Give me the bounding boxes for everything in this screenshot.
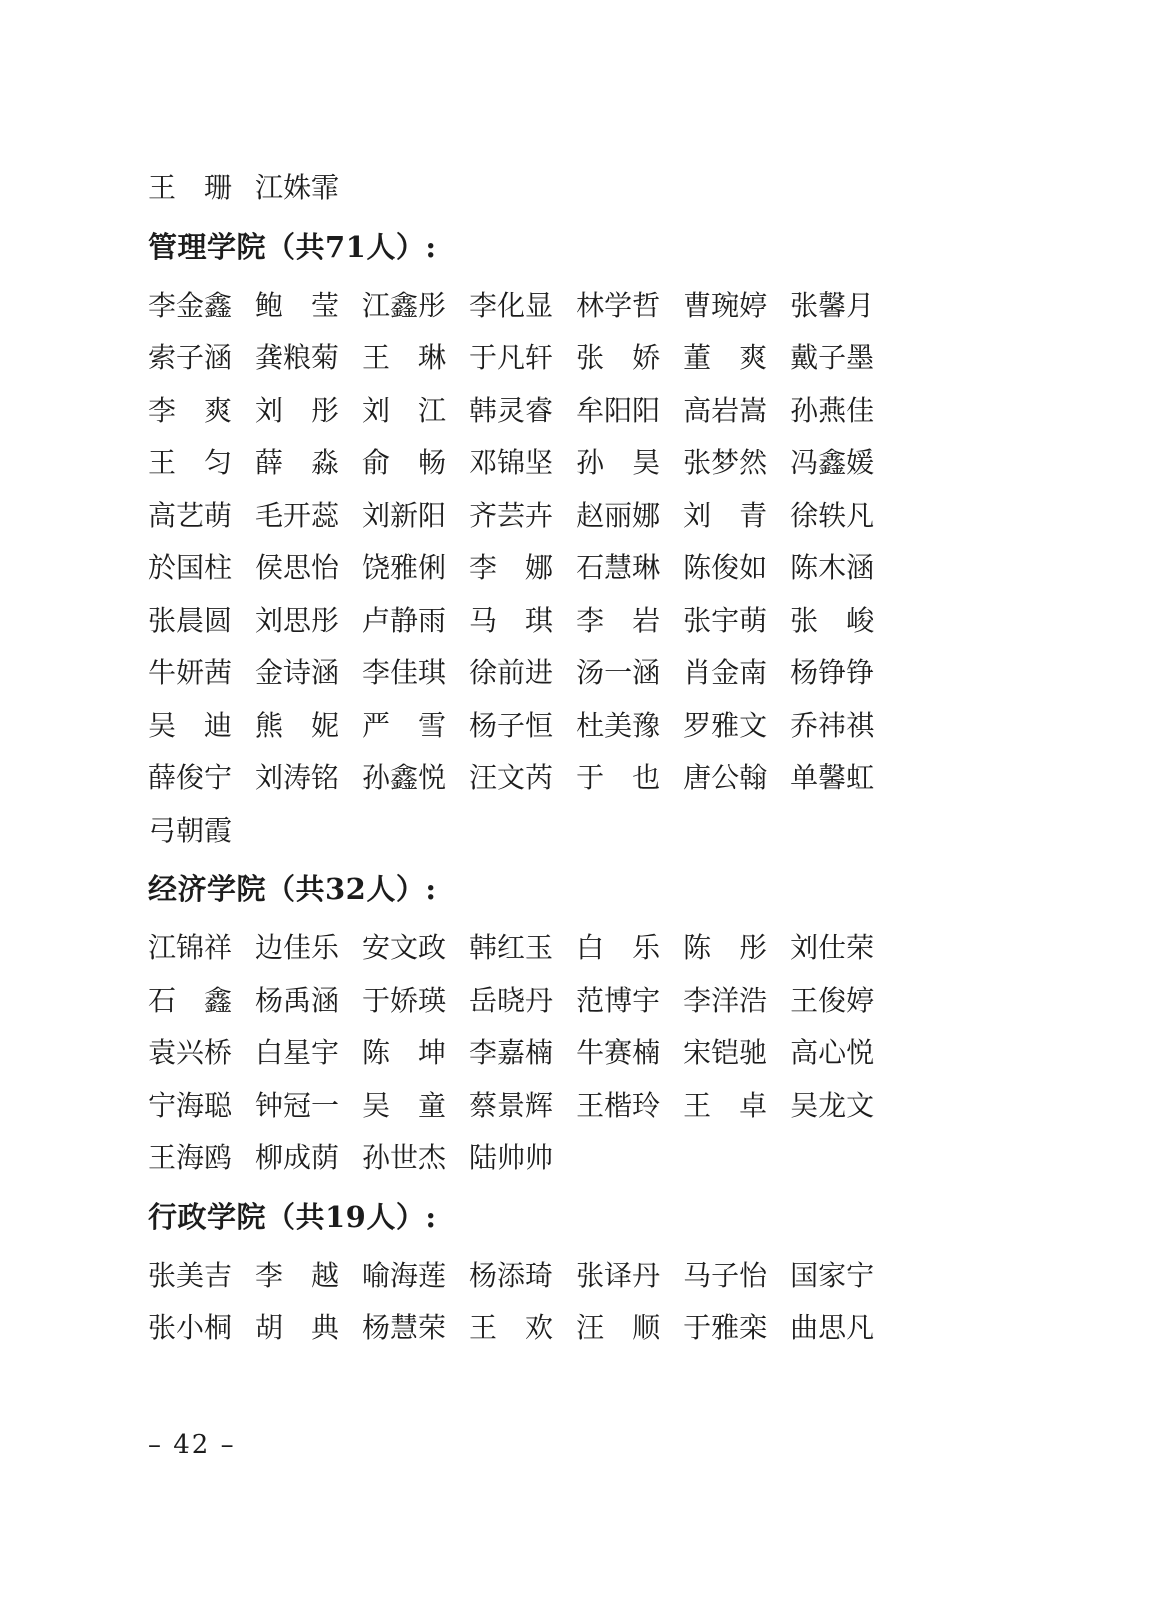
person-name: 国家宁	[790, 1254, 874, 1294]
person-name: 岳晓丹	[469, 979, 553, 1019]
person-name: 肖金南	[683, 651, 767, 691]
person-name: 吴龙文	[790, 1084, 874, 1124]
person-name: 刘 彤	[255, 389, 339, 429]
person-name: 范博宇	[576, 979, 660, 1019]
person-name: 於国柱	[148, 546, 232, 586]
name-row: 弓朝霞	[148, 803, 888, 856]
person-name: 张美吉	[148, 1254, 232, 1294]
person-name: 喻海莲	[362, 1254, 446, 1294]
person-name: 徐前进	[469, 651, 553, 691]
person-name: 陈俊如	[683, 546, 767, 586]
person-name: 薛俊宁	[148, 756, 232, 796]
person-name: 韩灵睿	[469, 389, 553, 429]
person-name: 李 娜	[469, 546, 553, 586]
name-row: 张小桐胡 典杨慧荣王 欢汪 顺于雅栾曲思凡	[148, 1300, 888, 1353]
person-name: 刘 青	[683, 494, 767, 534]
person-name: 柳成荫	[255, 1136, 339, 1176]
person-name: 张晨圆	[148, 599, 232, 639]
person-name: 张 娇	[576, 336, 660, 376]
person-name: 金诗涵	[255, 651, 339, 691]
person-name: 杨子恒	[469, 704, 553, 744]
person-name: 弓朝霞	[148, 809, 232, 849]
person-name: 王 珊	[148, 166, 232, 206]
person-name: 李 越	[255, 1254, 339, 1294]
person-name: 王 匀	[148, 441, 232, 481]
name-row: 吴 迪熊 妮严 雪杨子恒杜美豫罗雅文乔祎祺	[148, 698, 888, 751]
person-name: 张梦然	[683, 441, 767, 481]
name-row: 张美吉李 越喻海莲杨添琦张译丹马子怡国家宁	[148, 1248, 888, 1301]
person-name: 曹琬婷	[683, 284, 767, 324]
person-name: 孙燕佳	[790, 389, 874, 429]
person-name: 王海鸥	[148, 1136, 232, 1176]
person-name: 高岩嵩	[683, 389, 767, 429]
person-name: 俞 畅	[362, 441, 446, 481]
person-name: 杨添琦	[469, 1254, 553, 1294]
person-name: 于 也	[576, 756, 660, 796]
person-name: 蔡景辉	[469, 1084, 553, 1124]
person-name: 张译丹	[576, 1254, 660, 1294]
person-name: 杜美豫	[576, 704, 660, 744]
name-row: 李 爽刘 彤刘 江韩灵睿牟阳阳高岩嵩孙燕佳	[148, 383, 888, 436]
name-row: 袁兴桥白星宇陈 坤李嘉楠牛赛楠宋铠驰高心悦	[148, 1025, 888, 1078]
person-name: 曲思凡	[790, 1306, 874, 1346]
person-name: 龚粮菊	[255, 336, 339, 376]
person-name: 马 琪	[469, 599, 553, 639]
person-name: 侯思怡	[255, 546, 339, 586]
section-heading: 管理学院（共71人）:	[148, 213, 888, 278]
person-name: 陈 坤	[362, 1031, 446, 1071]
person-name: 李化显	[469, 284, 553, 324]
person-name: 高艺萌	[148, 494, 232, 534]
person-name: 王 卓	[683, 1084, 767, 1124]
person-name: 邓锦坚	[469, 441, 553, 481]
section-heading: 经济学院（共32人）:	[148, 855, 888, 920]
person-name: 石 鑫	[148, 979, 232, 1019]
person-name: 孙世杰	[362, 1136, 446, 1176]
name-row: 牛妍茜金诗涵李佳琪徐前进汤一涵肖金南杨铮铮	[148, 645, 888, 698]
person-name: 张馨月	[790, 284, 874, 324]
person-name: 张 峻	[790, 599, 874, 639]
person-name: 董 爽	[683, 336, 767, 376]
person-name: 孙 昊	[576, 441, 660, 481]
person-name: 胡 典	[255, 1306, 339, 1346]
person-name: 吴 童	[362, 1084, 446, 1124]
person-name: 汪文芮	[469, 756, 553, 796]
person-name: 乔祎祺	[790, 704, 874, 744]
person-name: 汤一涵	[576, 651, 660, 691]
person-name: 杨慧荣	[362, 1306, 446, 1346]
person-name: 刘新阳	[362, 494, 446, 534]
person-name: 宋铠驰	[683, 1031, 767, 1071]
person-name: 陈木涵	[790, 546, 874, 586]
person-name: 徐轶凡	[790, 494, 874, 534]
person-name: 林学哲	[576, 284, 660, 324]
name-row: 王海鸥柳成荫孙世杰陆帅帅	[148, 1130, 888, 1183]
person-name: 牛赛楠	[576, 1031, 660, 1071]
person-name: 李洋浩	[683, 979, 767, 1019]
person-name: 王 欢	[469, 1306, 553, 1346]
person-name: 王俊婷	[790, 979, 874, 1019]
person-name: 于雅栾	[683, 1306, 767, 1346]
name-row: 薛俊宁刘涛铭孙鑫悦汪文芮于 也唐公翰单馨虹	[148, 750, 888, 803]
person-name: 马子怡	[683, 1254, 767, 1294]
person-name: 于凡轩	[469, 336, 553, 376]
name-row: 高艺萌毛开蕊刘新阳齐芸卉赵丽娜刘 青徐轶凡	[148, 488, 888, 541]
name-row: 於国柱侯思怡饶雅俐李 娜石慧琳陈俊如陈木涵	[148, 540, 888, 593]
person-name: 刘思彤	[255, 599, 339, 639]
name-row: 王 珊江姝霏	[148, 160, 888, 213]
person-name: 单馨虹	[790, 756, 874, 796]
person-name: 刘 江	[362, 389, 446, 429]
person-name: 卢静雨	[362, 599, 446, 639]
person-name: 索子涵	[148, 336, 232, 376]
person-name: 陆帅帅	[469, 1136, 553, 1176]
person-name: 戴子墨	[790, 336, 874, 376]
person-name: 白星宇	[255, 1031, 339, 1071]
person-name: 吴 迪	[148, 704, 232, 744]
person-name: 江鑫彤	[362, 284, 446, 324]
name-row: 李金鑫鲍 莹江鑫彤李化显林学哲曹琬婷张馨月	[148, 278, 888, 331]
person-name: 刘仕荣	[790, 926, 874, 966]
person-name: 汪 顺	[576, 1306, 660, 1346]
person-name: 江锦祥	[148, 926, 232, 966]
person-name: 韩红玉	[469, 926, 553, 966]
name-row: 宁海聪钟冠一吴 童蔡景辉王楷玲王 卓吴龙文	[148, 1078, 888, 1131]
person-name: 赵丽娜	[576, 494, 660, 534]
name-row: 石 鑫杨禹涵于娇瑛岳晓丹范博宇李洋浩王俊婷	[148, 973, 888, 1026]
person-name: 陈 彤	[683, 926, 767, 966]
person-name: 白 乐	[576, 926, 660, 966]
person-name: 严 雪	[362, 704, 446, 744]
person-name: 王楷玲	[576, 1084, 660, 1124]
person-name: 张宇萌	[683, 599, 767, 639]
person-name: 安文政	[362, 926, 446, 966]
person-name: 高心悦	[790, 1031, 874, 1071]
person-name: 袁兴桥	[148, 1031, 232, 1071]
person-name: 冯鑫媛	[790, 441, 874, 481]
person-name: 薛 淼	[255, 441, 339, 481]
name-row: 江锦祥边佳乐安文政韩红玉白 乐陈 彤刘仕荣	[148, 920, 888, 973]
person-name: 鲍 莹	[255, 284, 339, 324]
person-name: 熊 妮	[255, 704, 339, 744]
person-name: 李佳琪	[362, 651, 446, 691]
document-content: 王 珊江姝霏管理学院（共71人）:李金鑫鲍 莹江鑫彤李化显林学哲曹琬婷张馨月索子…	[148, 160, 888, 1353]
person-name: 孙鑫悦	[362, 756, 446, 796]
section-heading: 行政学院（共19人）:	[148, 1183, 888, 1248]
person-name: 杨禹涵	[255, 979, 339, 1019]
person-name: 牟阳阳	[576, 389, 660, 429]
person-name: 李金鑫	[148, 284, 232, 324]
person-name: 宁海聪	[148, 1084, 232, 1124]
page-number: – 42 –	[148, 1430, 236, 1460]
document-page: 王 珊江姝霏管理学院（共71人）:李金鑫鲍 莹江鑫彤李化显林学哲曹琬婷张馨月索子…	[0, 0, 1154, 1607]
person-name: 毛开蕊	[255, 494, 339, 534]
person-name: 于娇瑛	[362, 979, 446, 1019]
name-row: 王 匀薛 淼俞 畅邓锦坚孙 昊张梦然冯鑫媛	[148, 435, 888, 488]
person-name: 李 爽	[148, 389, 232, 429]
person-name: 杨铮铮	[790, 651, 874, 691]
person-name: 石慧琳	[576, 546, 660, 586]
person-name: 齐芸卉	[469, 494, 553, 534]
person-name: 边佳乐	[255, 926, 339, 966]
name-row: 索子涵龚粮菊王 琳于凡轩张 娇董 爽戴子墨	[148, 330, 888, 383]
person-name: 刘涛铭	[255, 756, 339, 796]
person-name: 饶雅俐	[362, 546, 446, 586]
person-name: 唐公翰	[683, 756, 767, 796]
person-name: 江姝霏	[255, 166, 339, 206]
name-row: 张晨圆刘思彤卢静雨马 琪李 岩张宇萌张 峻	[148, 593, 888, 646]
person-name: 李嘉楠	[469, 1031, 553, 1071]
person-name: 罗雅文	[683, 704, 767, 744]
person-name: 钟冠一	[255, 1084, 339, 1124]
person-name: 李 岩	[576, 599, 660, 639]
person-name: 张小桐	[148, 1306, 232, 1346]
person-name: 牛妍茜	[148, 651, 232, 691]
person-name: 王 琳	[362, 336, 446, 376]
